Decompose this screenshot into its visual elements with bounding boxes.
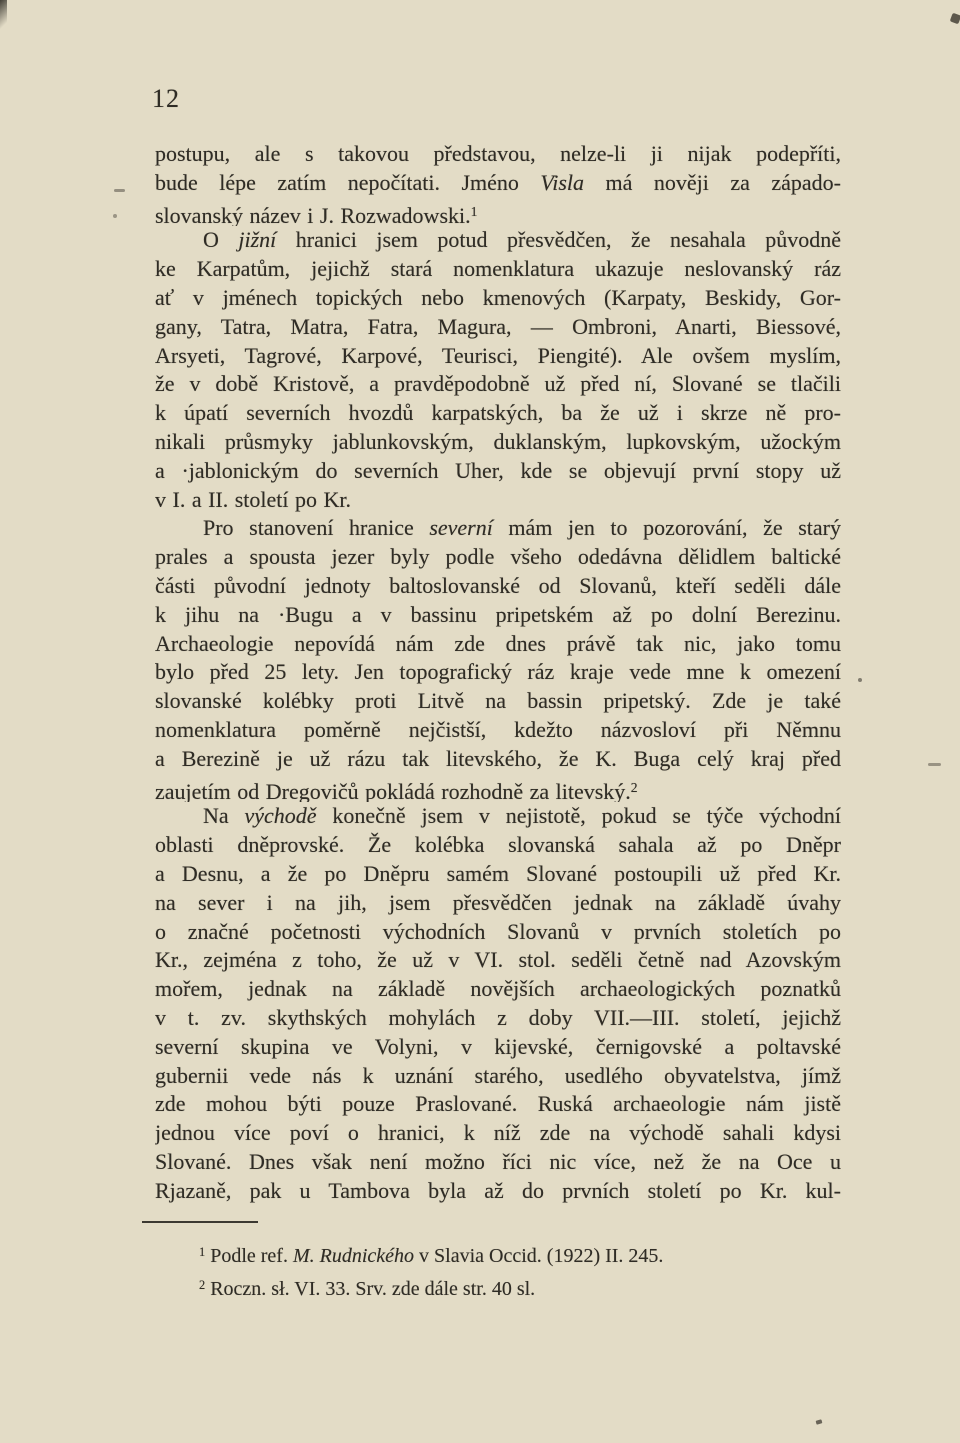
text-line: prales a spousta jezer byly podle všeho … — [155, 543, 841, 572]
text-segment: v t. zv. skythských mohylách z doby VII.… — [155, 1005, 841, 1030]
text-segment: Podle ref. — [205, 1245, 293, 1267]
text-segment: Slované. Dnes však není možno říci nic v… — [155, 1149, 841, 1174]
text-segment: jednou více poví o hranici, k níž zde na… — [155, 1120, 841, 1145]
text-line: k úpatí severních hvozdů karpatských, ba… — [155, 399, 841, 428]
text-line: slovanský název i J. Rozwadowski.1 — [155, 198, 841, 227]
text-segment: gany, Tatra, Matra, Fatra, Magura, — Omb… — [155, 314, 841, 339]
footnote-line: 1 Podle ref. M. Rudnického v Slavia Occi… — [155, 1236, 845, 1269]
footnote-line: 2 Roczn. sł. VI. 33. Srv. zde dále str. … — [155, 1269, 845, 1302]
text-line: jednou více poví o hranici, k níž zde na… — [155, 1119, 841, 1148]
text-segment: a Desnu, a že po Dněpru samém Slované po… — [155, 861, 841, 886]
text-segment: Rjazaně, pak u Tambova byla až do prvníc… — [155, 1178, 841, 1203]
footnotes: 1 Podle ref. M. Rudnického v Slavia Occi… — [155, 1236, 845, 1302]
text-line: v t. zv. skythských mohylách z doby VII.… — [155, 1004, 841, 1033]
text-segment: v Slavia Occid. (1922) II. 245. — [414, 1245, 663, 1267]
text-segment: nikali průsmyky jablunkovským, duklanský… — [155, 429, 841, 454]
text-segment: že v době Kristově, a pravděpodobně už p… — [155, 371, 841, 396]
text-segment: postupu, ale s takovou představou, nelze… — [155, 141, 841, 166]
italic-text: M. Rudnického — [293, 1245, 414, 1267]
text-line: zaujetím od Dregovičů pokládá rozhodně z… — [155, 774, 841, 803]
text-segment: ať v jménech topických nebo kmenových (K… — [155, 285, 841, 310]
text-segment: zaujetím od Dregovičů pokládá rozhodně z… — [155, 778, 631, 802]
text-line: Slované. Dnes však není možno říci nic v… — [155, 1148, 841, 1177]
text-segment: ke Karpatům, jejichž stará nomenklatura … — [155, 256, 841, 281]
scan-artifact-speck — [816, 1419, 823, 1424]
text-line: ať v jménech topických nebo kmenových (K… — [155, 284, 841, 313]
italic-text: severní — [429, 515, 493, 540]
text-segment: Roczn. sł. VI. 33. Srv. zde dále str. 40… — [205, 1278, 535, 1300]
text-segment: Kr., zejména z toho, že už v VI. stol. s… — [155, 947, 841, 972]
text-line: k jihu na ·Bugu a v bassinu pripetském a… — [155, 601, 841, 630]
italic-text: Visla — [540, 170, 584, 195]
scan-artifact-dash — [114, 189, 125, 192]
text-line: oblasti dněprovské. Že kolébka slovanská… — [155, 831, 841, 860]
text-line: ke Karpatům, jejichž stará nomenklatura … — [155, 255, 841, 284]
text-line: Pro stanovení hranice severní mám jen to… — [155, 514, 841, 543]
text-segment: nomenklatura poměrně nejčistší, kdežto n… — [155, 717, 841, 742]
text-line: zde mohou býti pouze Praslované. Ruská a… — [155, 1090, 841, 1119]
text-segment: zde mohou býti pouze Praslované. Ruská a… — [155, 1091, 841, 1116]
text-segment: prales a spousta jezer byly podle všeho … — [155, 544, 841, 569]
text-segment: a ·jablonickým do severních Uher, kde se… — [155, 458, 841, 483]
text-segment: Archaeologie nepovídá nám zde dnes právě… — [155, 631, 841, 656]
book-page-scan: 12 postupu, ale s takovou představou, ne… — [0, 0, 960, 1443]
text-line: že v době Kristově, a pravděpodobně už p… — [155, 370, 841, 399]
scan-artifact-speck — [950, 13, 960, 25]
text-line: nomenklatura poměrně nejčistší, kdežto n… — [155, 716, 841, 745]
text-segment: Arsyeti, Tagrové, Karpové, Teurisci, Pie… — [155, 343, 841, 368]
text-line: o značné početnosti východních Slovanů v… — [155, 918, 841, 947]
text-segment: o značné početnosti východních Slovanů v… — [155, 919, 841, 944]
text-line: bylo před 25 lety. Jen topografický ráz … — [155, 658, 841, 687]
text-segment: konečně jsem v nejistotě, pokud se týče … — [317, 803, 841, 828]
text-line: slovanské kolébky proti Litvě na bassin … — [155, 687, 841, 716]
text-line: O jižní hranici jsem potud přesvědčen, ž… — [155, 226, 841, 255]
text-segment: Na — [203, 803, 245, 828]
text-segment: slovanský název i J. Rozwadowski. — [155, 202, 471, 226]
text-segment: mám jen to pozorování, že starý — [493, 515, 841, 540]
text-segment: severní skupina ve Volyni, v kijevské, č… — [155, 1034, 841, 1059]
text-line: Rjazaně, pak u Tambova byla až do prvníc… — [155, 1177, 841, 1206]
scan-artifact-corner — [0, 0, 7, 30]
text-segment: mořem, jednak na základě novějších archa… — [155, 976, 841, 1001]
text-line: Arsyeti, Tagrové, Karpové, Teurisci, Pie… — [155, 342, 841, 371]
text-line: gany, Tatra, Matra, Fatra, Magura, — Omb… — [155, 313, 841, 342]
scan-artifact-dot — [113, 214, 117, 218]
text-segment: slovanské kolébky proti Litvě na bassin … — [155, 688, 841, 713]
footnote-marker: 1 — [471, 204, 478, 219]
text-segment: bylo před 25 lety. Jen topografický ráz … — [155, 659, 841, 684]
scan-artifact-dot — [858, 678, 862, 682]
text-line: Archaeologie nepovídá nám zde dnes právě… — [155, 630, 841, 659]
text-line: v I. a II. století po Kr. — [155, 486, 841, 515]
italic-text: jižní — [238, 227, 276, 252]
text-segment: Pro stanovení hranice — [203, 515, 429, 540]
text-line: Kr., zejména z toho, že už v VI. stol. s… — [155, 946, 841, 975]
text-segment: k úpatí severních hvozdů karpatských, ba… — [155, 400, 841, 425]
text-line: severní skupina ve Volyni, v kijevské, č… — [155, 1033, 841, 1062]
text-line: části původní jednoty baltoslovanské od … — [155, 572, 841, 601]
footnote-marker: 2 — [631, 780, 638, 795]
text-line: mořem, jednak na základě novějších archa… — [155, 975, 841, 1004]
text-line: postupu, ale s takovou představou, nelze… — [155, 140, 841, 169]
text-segment: k jihu na ·Bugu a v bassinu pripetském a… — [155, 602, 841, 627]
text-line: Na východě konečně jsem v nejistotě, pok… — [155, 802, 841, 831]
text-segment: hranici jsem potud přesvědčen, že nesaha… — [276, 227, 841, 252]
scan-artifact-dash — [928, 763, 941, 766]
text-line: gubernii vede nás k uznání starého, used… — [155, 1062, 841, 1091]
text-segment: části původní jednoty baltoslovanské od … — [155, 573, 841, 598]
text-line: a ·jablonickým do severních Uher, kde se… — [155, 457, 841, 486]
text-segment: má nověji za západo- — [584, 170, 841, 195]
text-line: na sever i na jih, jsem přesvědčen jedna… — [155, 889, 841, 918]
page-number: 12 — [152, 84, 180, 114]
text-line: bude lépe zatím nepočítati. Jméno Visla … — [155, 169, 841, 198]
text-line: nikali průsmyky jablunkovským, duklanský… — [155, 428, 841, 457]
text-segment: na sever i na jih, jsem přesvědčen jedna… — [155, 890, 841, 915]
italic-text: východě — [245, 803, 317, 828]
text-line: a Berezině je už rázu tak litevského, že… — [155, 745, 841, 774]
footnote-rule — [142, 1221, 258, 1223]
text-segment: oblasti dněprovské. Že kolébka slovanská… — [155, 832, 841, 857]
text-segment: gubernii vede nás k uznání starého, used… — [155, 1063, 841, 1088]
body-text: postupu, ale s takovou představou, nelze… — [155, 140, 841, 1205]
text-line: a Desnu, a že po Dněpru samém Slované po… — [155, 860, 841, 889]
text-segment: bude lépe zatím nepočítati. Jméno — [155, 170, 540, 195]
text-segment: v I. a II. století po Kr. — [155, 487, 351, 512]
text-segment: a Berezině je už rázu tak litevského, že… — [155, 746, 841, 771]
text-segment: O — [203, 227, 238, 252]
